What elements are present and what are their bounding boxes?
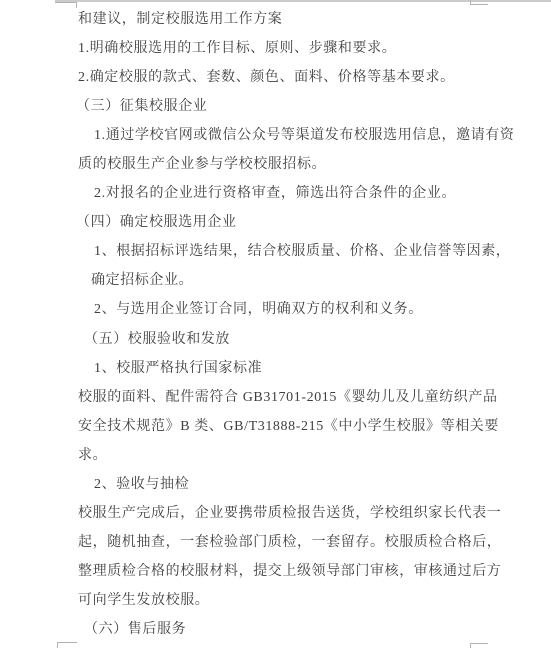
text-line: 质的校服生产企业参与学校校服招标。	[0, 150, 551, 179]
text-line: 整理质检合格的校服材料，提交上级领导部门审核，审核通过后方	[0, 557, 551, 586]
document-page: 和建议，制定校服选用工作方案 1.明确校服选用的工作目标、原则、步骤和要求。 2…	[0, 0, 551, 648]
text-line: 和建议，制定校服选用工作方案	[0, 5, 551, 34]
section-heading: （四）确定校服选用企业	[0, 208, 551, 237]
text-line: 校服生产完成后，企业要携带质检报告送货，学校组织家长代表一	[0, 499, 551, 528]
list-item: 2、验收与抽检	[0, 470, 551, 499]
list-item: 1、校服严格执行国家标准	[0, 354, 551, 383]
list-item: 1.通过学校官网或微信公众号等渠道发布校服选用信息，邀请有资	[0, 121, 551, 150]
section-heading: （六）售后服务	[0, 615, 551, 644]
list-item: 2.确定校服的款式、套数、颜色、面料、价格等基本要求。	[0, 63, 551, 92]
text-line: 求。	[0, 441, 551, 470]
text-line: 起，随机抽查，一套检验部门质检，一套留存。校服质检合格后，	[0, 528, 551, 557]
section-heading: （五）校服验收和发放	[0, 325, 551, 354]
text-line: 校服的面料、配件需符合 GB31701-2015《婴幼儿及儿童纺织产品	[0, 383, 551, 412]
document-text-block: 和建议，制定校服选用工作方案 1.明确校服选用的工作目标、原则、步骤和要求。 2…	[0, 5, 551, 644]
section-heading: （三）征集校服企业	[0, 92, 551, 121]
text-line: 安全技术规范》B 类、GB/T31888-215《中小学生校服》等相关要	[0, 412, 551, 441]
list-item: 1.明确校服选用的工作目标、原则、步骤和要求。	[0, 34, 551, 63]
list-item: 2、与选用企业签订合同，明确双方的权利和义务。	[0, 295, 551, 324]
list-item: 1、根据招标评选结果，结合校服质量、价格、企业信誉等因素，	[0, 237, 551, 266]
page-top-border	[55, 0, 551, 2]
text-boundary-mark-top-left	[55, 2, 77, 3]
text-line: 可向学生发放校服。	[0, 586, 551, 615]
list-item: 2.对报名的企业进行资格审查，筛选出符合条件的企业。	[0, 179, 551, 208]
text-line: 确定招标企业。	[0, 266, 551, 295]
